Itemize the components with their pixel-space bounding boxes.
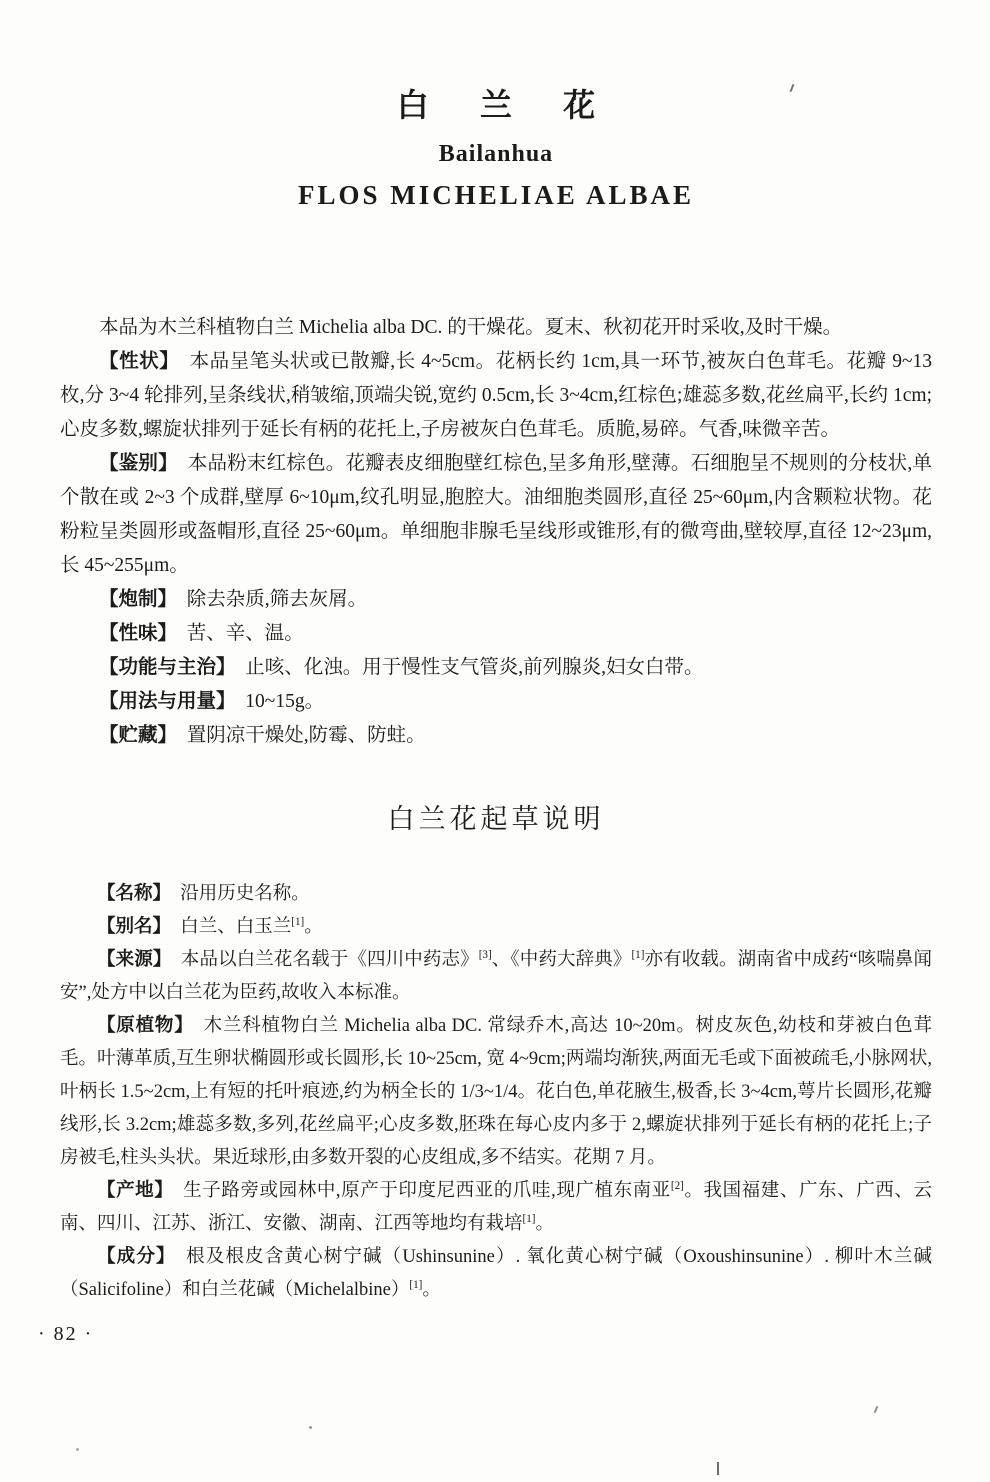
para-intro: 本品为木兰科植物白兰 Michelia alba DC. 的干燥花。夏末、秋初花… (60, 311, 932, 345)
para-original-plant: 【原植物】 木兰科植物白兰 Michelia alba DC. 常绿乔木,高达 … (60, 1010, 932, 1175)
scan-artifact (309, 1426, 312, 1429)
para-dosage: 【用法与用量】 10~15g。 (60, 685, 932, 719)
page-title-pinyin: Bailanhua (60, 141, 932, 168)
para-functions: 【功能与主治】 止咳、化浊。用于慢性支气管炎,前列腺炎,妇女白带。 (60, 651, 932, 685)
page-number: · 82 · (38, 1323, 932, 1346)
scan-artifact (76, 1448, 79, 1451)
draft-note-heading: 白兰花起草说明 (60, 797, 932, 836)
para-storage: 【贮藏】 置阴凉干燥处,防霉、防蛀。 (60, 719, 932, 753)
draft-note-section: 【名称】 沿用历史名称。 【别名】 白兰、白玉兰[1]。 【来源】 本品以白兰花… (60, 878, 932, 1307)
para-constituents: 【成分】 根及根皮含黄心树宁碱（Ushinsunine）. 氧化黄心树宁碱（Ox… (60, 1241, 932, 1307)
para-alias: 【别名】 白兰、白玉兰[1]。 (60, 911, 932, 944)
scan-artifact (717, 1462, 719, 1475)
page-title-chinese: 白兰花 (60, 80, 932, 126)
page-title-latin: FLOS MICHELIAE ALBAE (60, 180, 932, 211)
scanned-page: 白兰花 Bailanhua FLOS MICHELIAE ALBAE 本品为木兰… (0, 0, 990, 1482)
para-identification: 【鉴别】 本品粉末红棕色。花瓣表皮细胞壁红棕色,呈多角形,壁薄。石细胞呈不规则的… (60, 447, 932, 583)
para-processing: 【炮制】 除去杂质,筛去灰屑。 (60, 583, 932, 617)
para-source: 【来源】 本品以白兰花名载于《四川中药志》[3]、《中药大辞典》[1]亦有收载。… (60, 944, 932, 1010)
para-name: 【名称】 沿用历史名称。 (60, 878, 932, 911)
para-origin: 【产地】 生子路旁或园林中,原产于印度尼西亚的爪哇,现广植东南亚[2]。我国福建… (60, 1175, 932, 1241)
para-properties: 【性状】 本品呈笔头状或已散瓣,长 4~5cm。花柄长约 1cm,具一环节,被灰… (60, 345, 932, 447)
monograph-section: 本品为木兰科植物白兰 Michelia alba DC. 的干燥花。夏末、秋初花… (60, 311, 932, 753)
scan-artifact (874, 1406, 879, 1413)
para-flavor: 【性味】 苦、辛、温。 (60, 617, 932, 651)
